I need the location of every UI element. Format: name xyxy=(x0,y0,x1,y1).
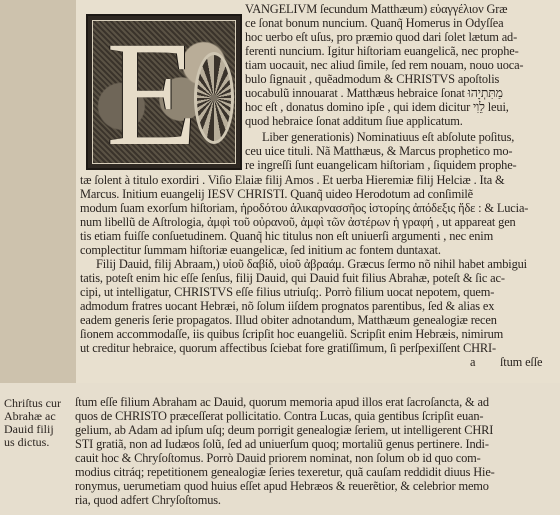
initial-letter: E xyxy=(106,24,198,164)
text-line: eadem generis ſerie propagatos. Illud ob… xyxy=(80,314,497,328)
text-line: re ingreſſi ſunt euangelicam hiſtoriam ,… xyxy=(245,159,517,173)
wheel-ornament-icon xyxy=(194,52,234,144)
signature-mark: a xyxy=(470,356,475,370)
text-line: hoc eſt , donatus domino ipſe , qui idem… xyxy=(245,101,509,115)
text-line: ce ſonat bonum nuncium. Quanq̃ Homerus i… xyxy=(245,17,503,31)
text-line: tatis, poteſt enim hic eſſe ſenſus, fili… xyxy=(80,272,505,286)
text-line: ferenti nuncium. Igitur hiſtoriam euange… xyxy=(245,45,519,59)
margin-note-line: us dictus. xyxy=(4,436,49,450)
text-line: ronymus, uerumetiam quod huius eſſet apu… xyxy=(75,480,489,494)
text-line: STI gratiã, non ad Iudæos ſolũ, ſed ad u… xyxy=(75,438,489,452)
text-line: uocabulũ innouarat . Matthæus hebraice ſ… xyxy=(245,87,503,101)
text-line: ſionem accommodaſſe, iis quibus ſcripſit… xyxy=(80,328,503,342)
text-line: VANGELIVM ſecundum Matthæum) εὐαγγέλιον … xyxy=(245,3,507,17)
text-line: quos de CHRISTO præceſſerat pollicitatio… xyxy=(75,410,483,424)
text-line: ſtum eſſe filium Abraham ac Dauid, quoru… xyxy=(75,396,489,410)
text-line: ria, quod adfert Chryſoſtomus. xyxy=(75,494,221,508)
text-line: cauit hoc & Chryſoſtomus. Porrò Dauid pr… xyxy=(75,452,481,466)
text-line: modius citráq; repetitionem genealogiæ ſ… xyxy=(75,466,495,480)
text-line: num libellũ de Aſtrologia, ἀμφὶ τοῦ οὐρα… xyxy=(80,216,516,230)
text-line: bulo ſignauit , quẽadmodum & CHRISTVS ap… xyxy=(245,73,499,87)
section-heading-line: Filij Dauid, filij Abraam,) υἱοῦ δαβίδ, … xyxy=(96,258,527,272)
text-line: modum ſuam exorſum hiſtoriam, ἡροδότου ἁ… xyxy=(80,202,528,216)
text-line: cipi, ut intelligatur, CHRISTVS eſſe fil… xyxy=(80,286,494,300)
decorated-initial: E xyxy=(86,14,242,170)
text-line: admodum fratres uocant Hebræi, nõ ſolum … xyxy=(80,300,494,314)
text-line: hoc uerbo eſt uſus, pro præmio quod dari… xyxy=(245,31,517,45)
text-line: ut creditur hebraice, quorum affectibus … xyxy=(80,342,496,356)
text-line: gelium, ab Adam ad ipſum uſq; deum porri… xyxy=(75,424,493,438)
text-line: tiam uocauit, nec aliud ſimile, ſed rem … xyxy=(245,59,523,73)
catchword: ſtum eſſe xyxy=(500,356,542,370)
text-line: Marcus. Initium euangelij IESV CHRISTI. … xyxy=(80,188,473,202)
text-line: ceu uice tituli. Nã Matthæus, & Marcus p… xyxy=(245,145,512,159)
section-heading-line: Liber generationis) Nominatiuus eſt abſo… xyxy=(262,131,514,145)
text-line: complectitur ſummam hiſtoriæ euangelicæ,… xyxy=(80,244,441,258)
text-line: tæ ſolent à titulo exordiri . Viſio Elai… xyxy=(80,174,505,188)
text-line: tis etiam fuiſſe conſuetudinem. Quanq̃ h… xyxy=(80,230,493,244)
text-line: quod hebraice ſonat additum ſiue applica… xyxy=(245,115,463,129)
